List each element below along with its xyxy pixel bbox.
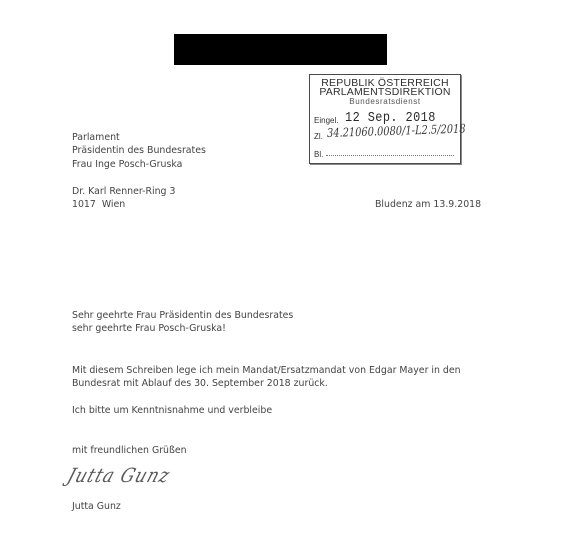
recipient-line: Parlament xyxy=(72,131,206,144)
stamp-sheet-label: Bl. xyxy=(314,150,323,159)
place-date: Bludenz am 13.9.2018 xyxy=(375,198,481,211)
handwritten-signature: Jutta Gunz xyxy=(64,465,173,488)
stamp-reference-label: Zl. xyxy=(314,132,323,141)
signer-name: Jutta Gunz xyxy=(72,500,121,513)
recipient-line: Frau Inge Posch-Gruska xyxy=(72,158,206,171)
recipient-block: Parlament Präsidentin des Bundesrates Fr… xyxy=(72,131,206,171)
address-line: Dr. Karl Renner-Ring 3 xyxy=(72,185,175,198)
recipient-line: Präsidentin des Bundesrates xyxy=(72,144,206,157)
body-line: Bundesrat mit Ablauf des 30. September 2… xyxy=(72,377,461,390)
closing: mit freundlichen Grüßen xyxy=(72,444,187,457)
salutation: Sehr geehrte Frau Präsidentin des Bundes… xyxy=(72,309,293,336)
body-line: Mit diesem Schreiben lege ich mein Manda… xyxy=(72,364,461,377)
salutation-line: Sehr geehrte Frau Präsidentin des Bundes… xyxy=(72,309,293,322)
address-line: 1017 Wien xyxy=(72,198,175,211)
stamp-service: Bundesratsdienst xyxy=(310,97,460,106)
salutation-line: sehr geehrte Frau Posch-Gruska! xyxy=(72,322,293,335)
body-paragraph-2: Ich bitte um Kenntnisnahme und verbleibe xyxy=(72,404,272,417)
stamp-directorate: PARLAMENTSDIREKTION xyxy=(310,87,460,97)
stamp-sheet-line xyxy=(326,155,454,156)
redacted-block xyxy=(174,34,387,65)
receipt-stamp: REPUBLIK ÖSTERREICH PARLAMENTSDIREKTION … xyxy=(309,74,461,164)
stamp-reference-number: 34.21060.0080/1-L2.5/2018 xyxy=(327,122,466,140)
body-paragraph-1: Mit diesem Schreiben lege ich mein Manda… xyxy=(72,364,461,391)
letter-page: REPUBLIK ÖSTERREICH PARLAMENTSDIREKTION … xyxy=(0,0,567,545)
stamp-received-label: Eingel. xyxy=(314,116,338,125)
address-block: Dr. Karl Renner-Ring 3 1017 Wien xyxy=(72,185,175,212)
